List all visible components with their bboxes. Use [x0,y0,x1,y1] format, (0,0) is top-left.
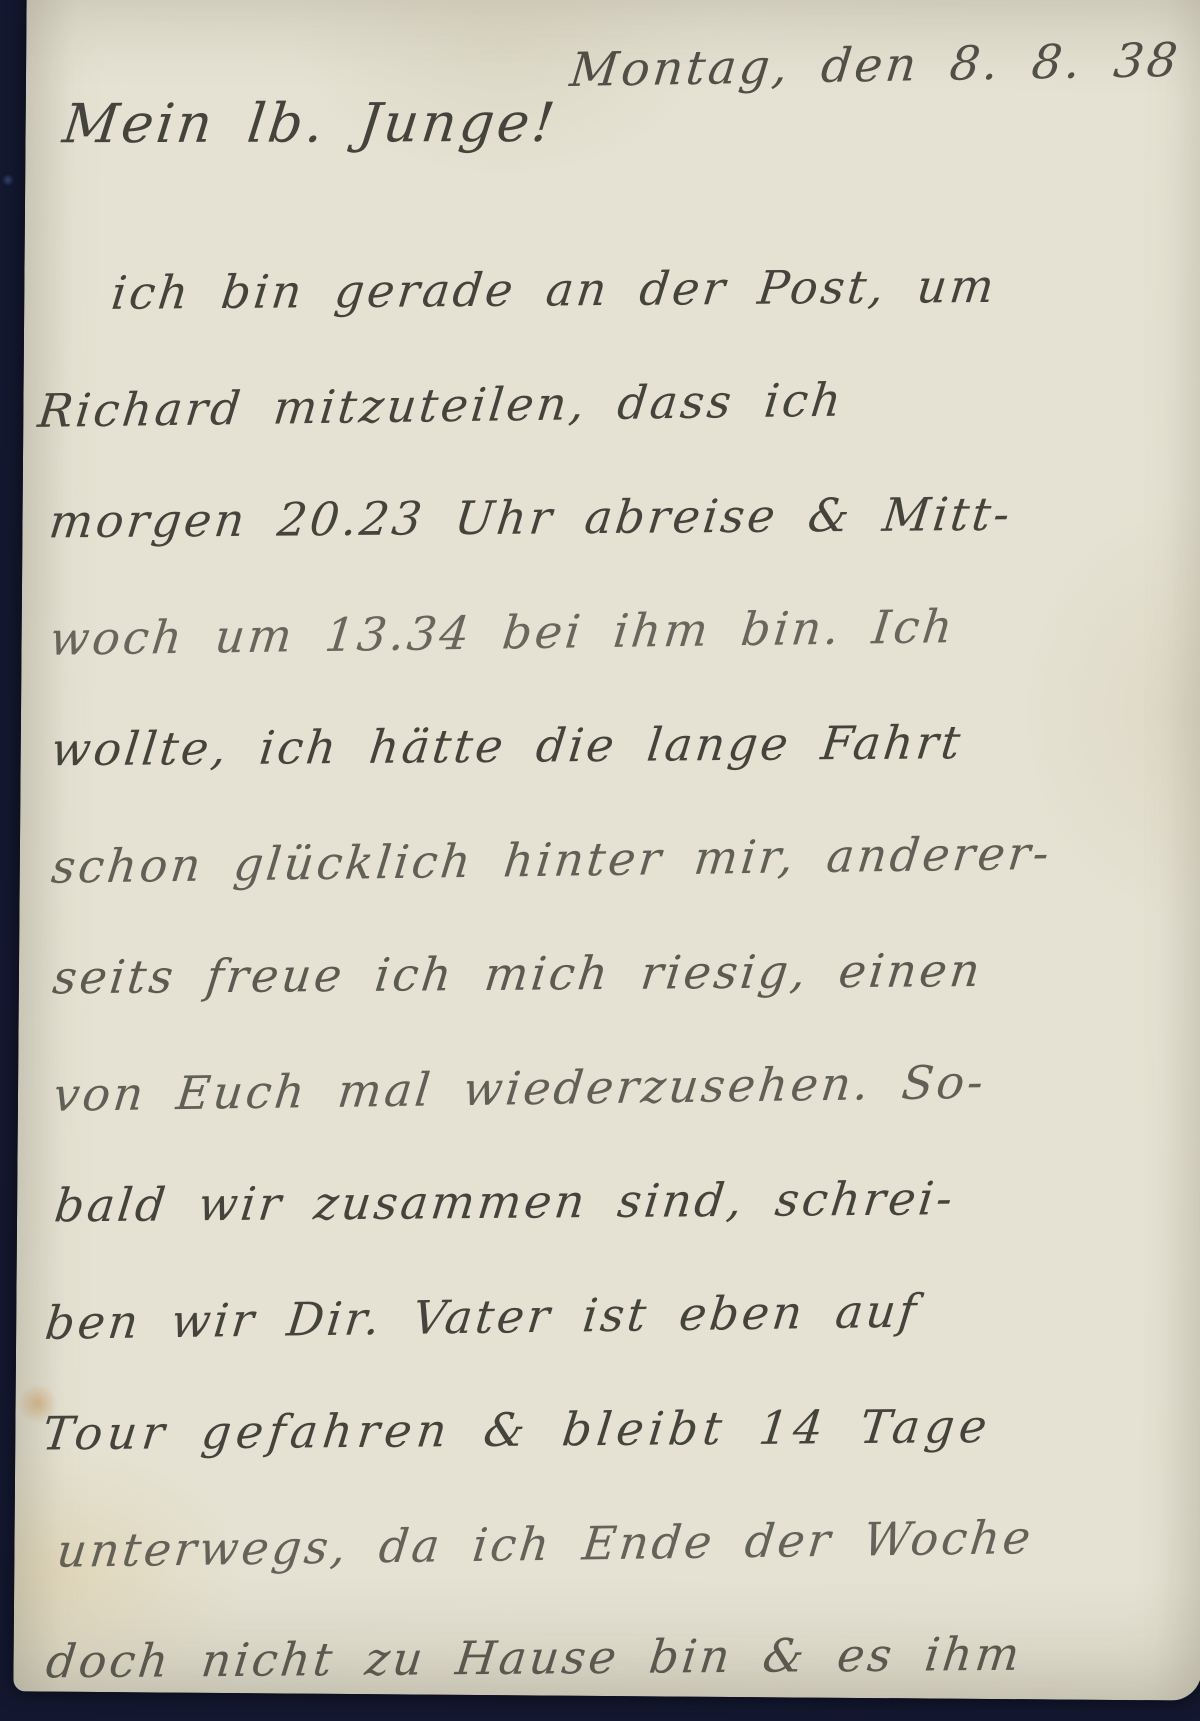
handwritten-line: woch um 13.34 bei ihm bin. Ich [44,568,1185,698]
handwritten-line: ich bin gerade an der Post, um [105,229,1182,351]
letter-body: ich bin gerade an der Post, um Richard m… [31,229,1187,1720]
handwritten-line: doch nicht zu Hause bin & es ihm [40,1597,1193,1720]
scan-background: Montag, den 8. 8. 38 Mein lb. Junge! ich… [0,0,1200,1721]
letter-salutation: Mein lb. Junge! [60,91,561,155]
handwritten-line: ben wir Dir. Vater ist eben auf [39,1252,1190,1382]
handwritten-line: morgen 20.23 Uhr abreise & Mitt- [43,457,1184,580]
letter-paper: Montag, den 8. 8. 38 Mein lb. Junge! ich… [13,0,1200,1701]
handwritten-line: unterwegs, da ich Ende der Woche [51,1480,1192,1610]
handwritten-line: bald wir zusammen sind, schrei- [48,1141,1189,1264]
handwritten-line: Richard mitzuteilen, dass ich [32,340,1183,470]
handwritten-line: Tour gefahren & bleibt 14 Tage [36,1369,1191,1492]
letter-date: Montag, den 8. 8. 38 [567,33,1183,98]
handwritten-line: seits freue ich mich riesig, einen [46,913,1187,1036]
handwritten-line: von Euch mal wiederzusehen. So- [47,1024,1188,1154]
handwritten-line: schon glücklich hinter mir, anderer- [45,796,1186,926]
handwritten-line: wollte, ich hätte die lange Fahrt [45,685,1186,808]
